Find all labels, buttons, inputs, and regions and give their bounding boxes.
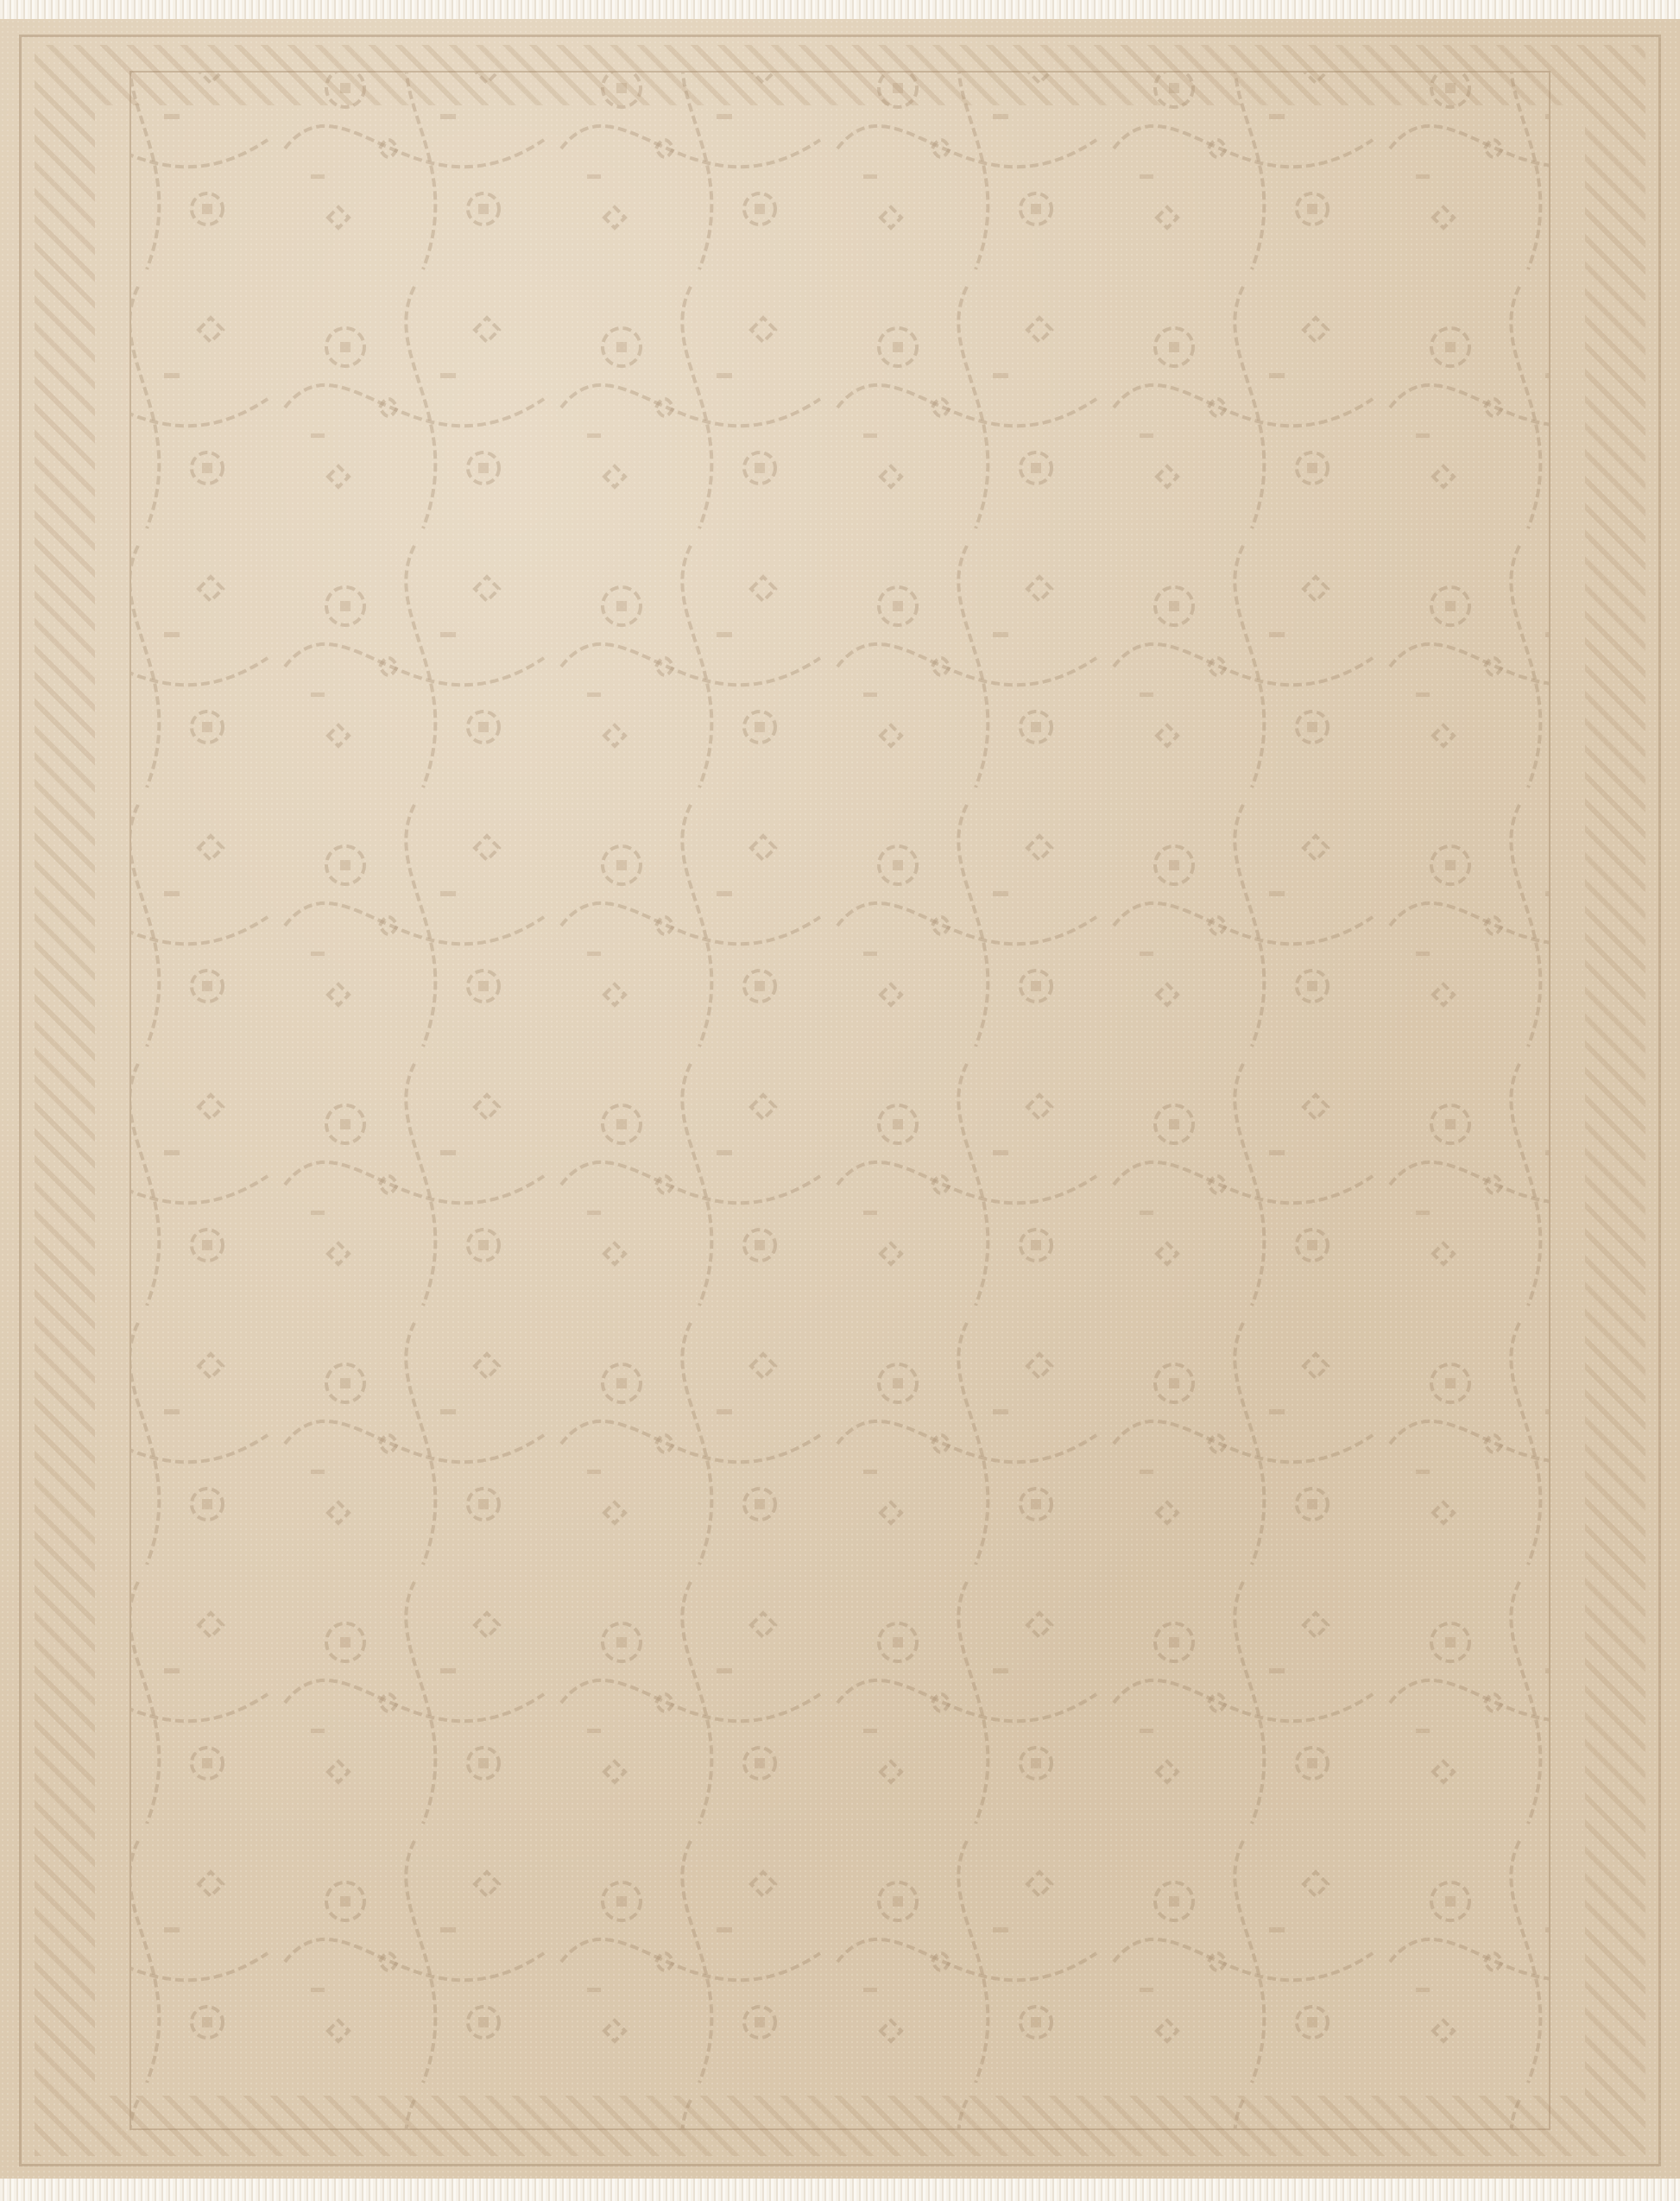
rug-field (131, 73, 1549, 2128)
fringe-bottom (0, 2179, 1680, 2201)
rug-body (0, 19, 1680, 2182)
